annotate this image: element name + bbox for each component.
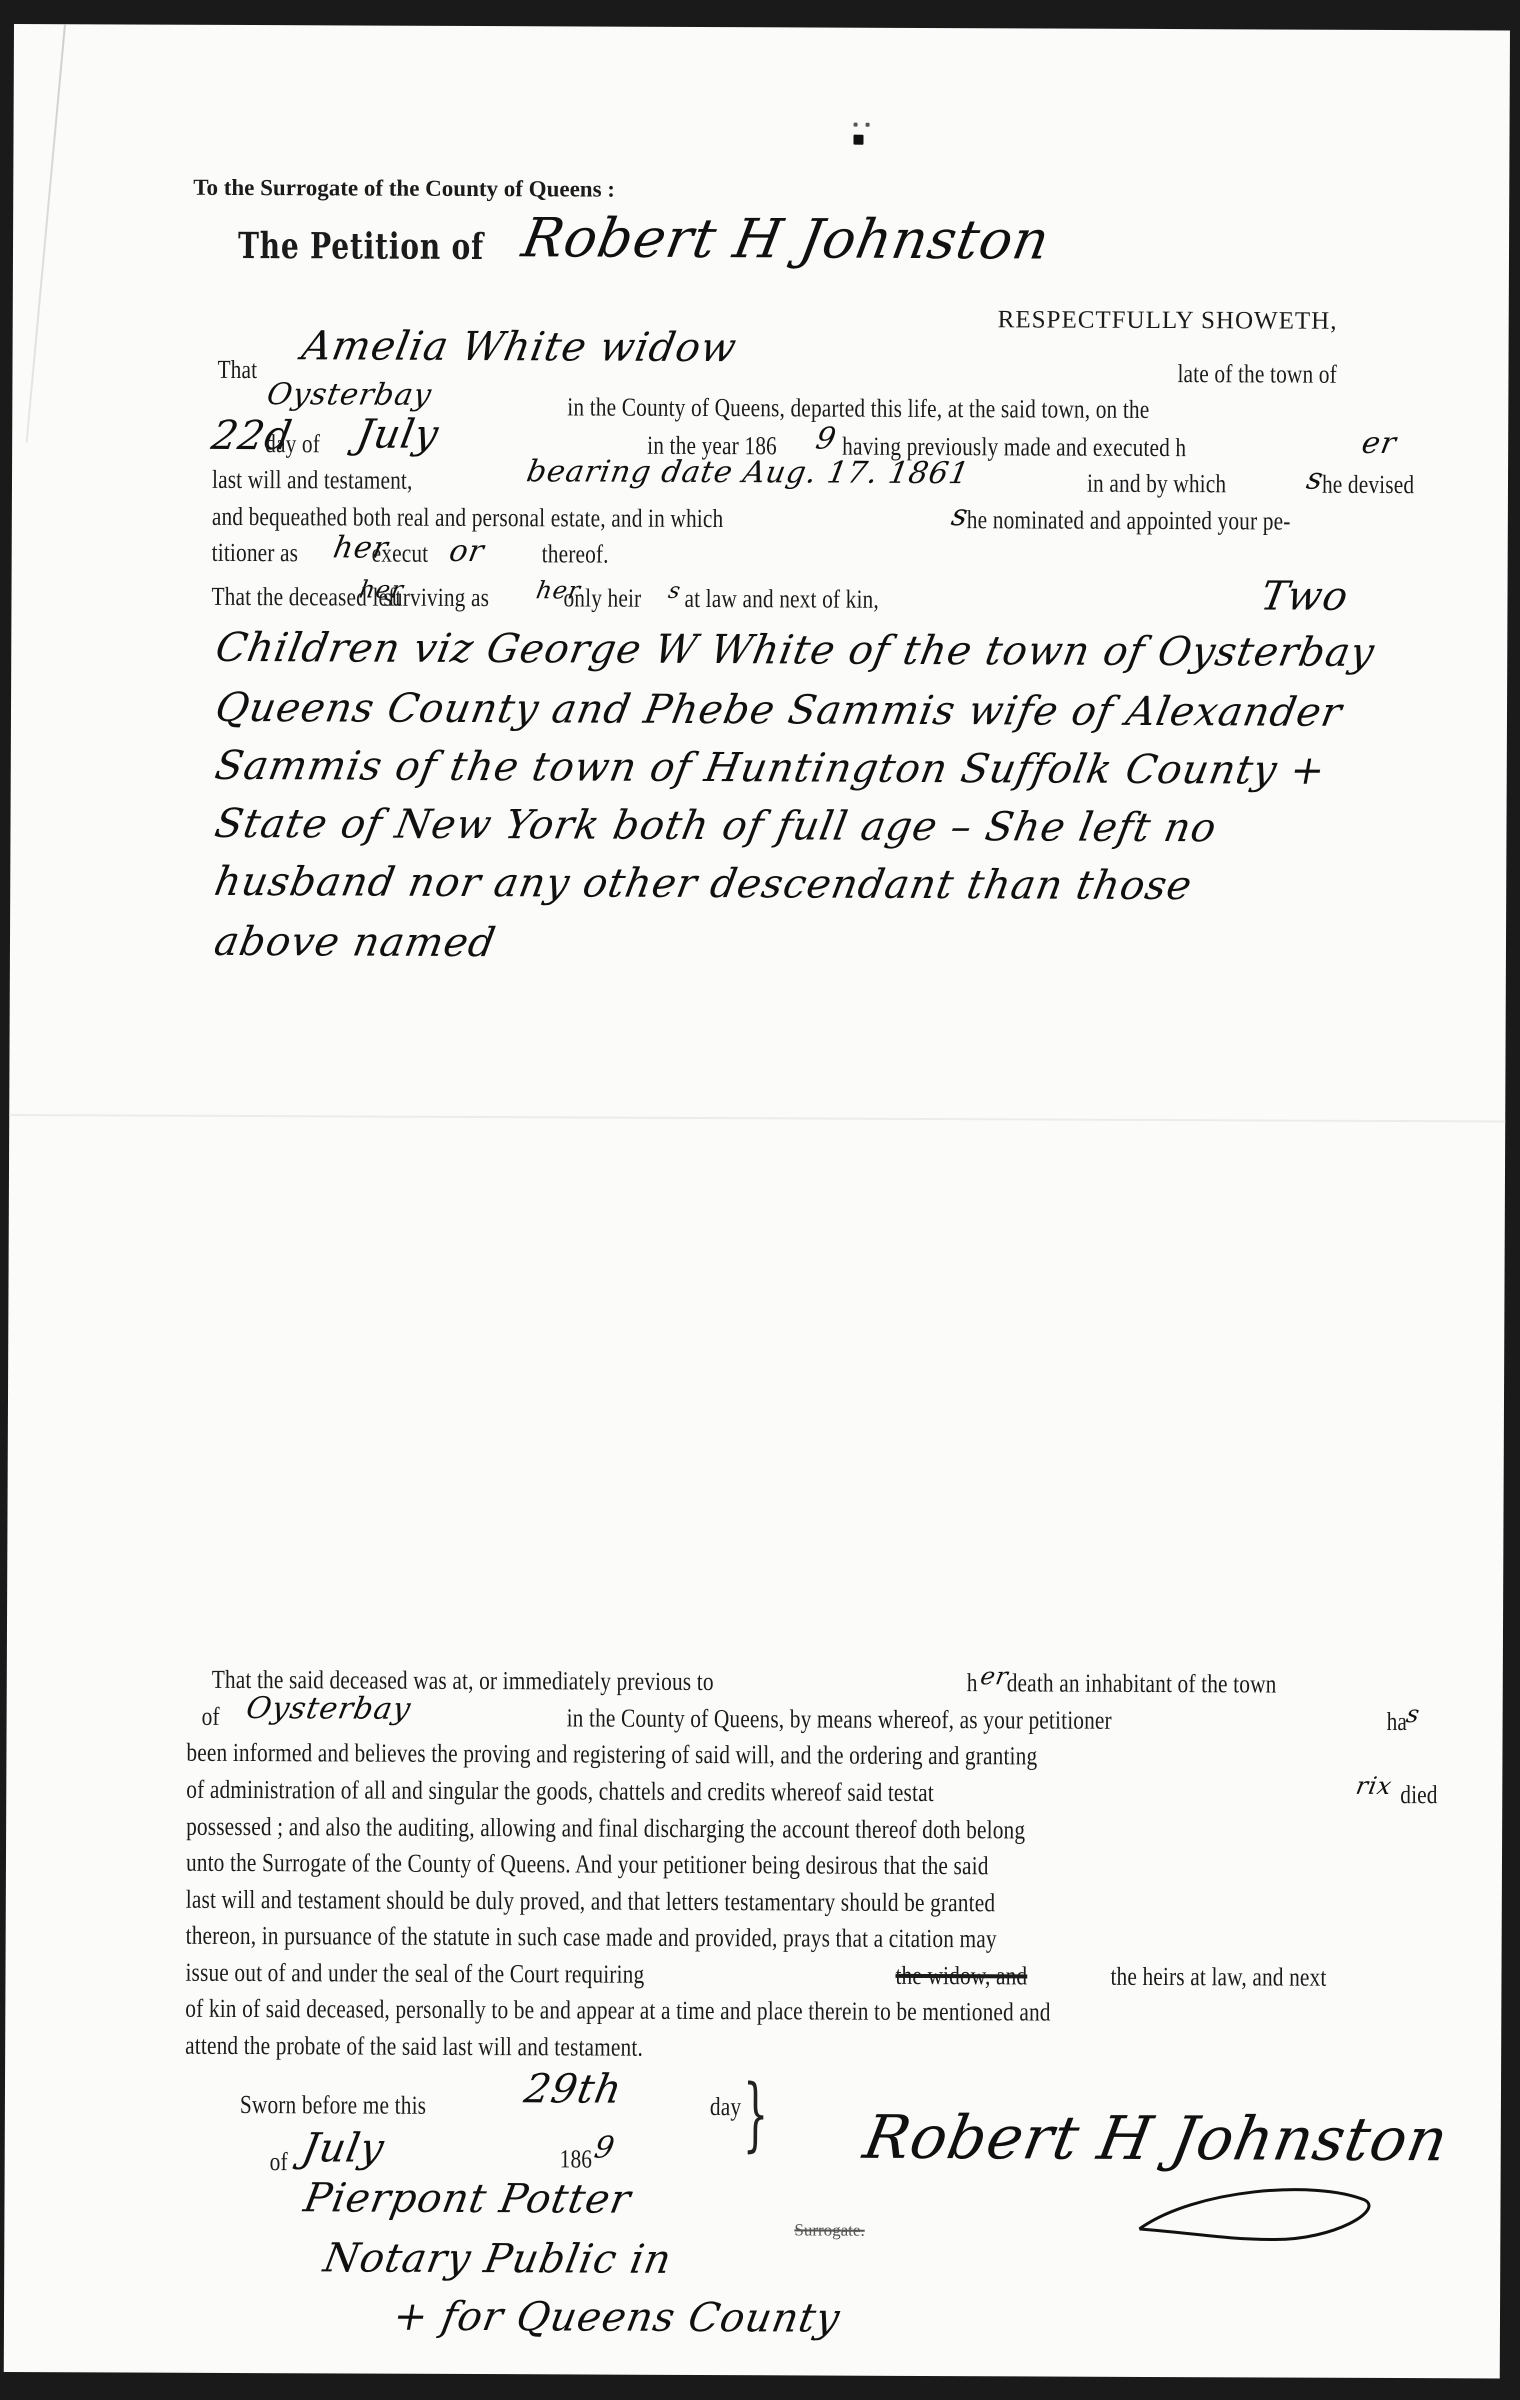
printed-text: of [270, 2147, 288, 2177]
petitioner-name: Robert H Johnston [517, 206, 1054, 271]
printed-text: last will and testament, [212, 465, 413, 496]
printed-text: in the County of Queens, departed this l… [567, 392, 1149, 425]
sworn-day: 29th [521, 2066, 626, 2112]
printed-text: of kin of said deceased, personally to b… [185, 1994, 1050, 2028]
printed-text: execut [372, 539, 429, 569]
official-jurisdiction: + for Queens County [390, 2294, 844, 2342]
pronoun-suffix: er [1359, 426, 1399, 461]
printed-text: he nominated and appointed your pe- [967, 505, 1291, 536]
petition-of-label: The Petition of [238, 225, 484, 268]
sworn-month: July [299, 2125, 388, 2171]
printed-text: attend the probate of the said last will… [185, 2031, 643, 2063]
printed-text: issue out of and under the seal of the C… [185, 1958, 644, 1990]
heirs-text: husband nor any other descendant than th… [211, 859, 1196, 909]
page-crease [9, 1114, 1505, 1123]
will-date: bearing date Aug. 17. 1861 [524, 454, 972, 491]
printed-text: That [217, 355, 257, 385]
printed-text: in and by which [1087, 469, 1226, 500]
printed-text: titioner as [212, 538, 299, 568]
heirs-text: Two [1257, 573, 1352, 619]
printed-text: been informed and believes the proving a… [186, 1738, 1037, 1772]
respectfully-showeth: RESPECTFULLY SHOWETH, [998, 306, 1338, 335]
printed-text: died [1400, 1780, 1438, 1810]
sworn-year-digit: 9 [592, 2131, 618, 2166]
heirs-text: Children viz George W White of the town … [212, 625, 1378, 676]
deceased-name: Amelia White widow [298, 323, 740, 371]
jurat-section: Sworn before me this 29th day of July 18… [14, 24, 1510, 31]
sworn-label: Sworn before me this [240, 2090, 426, 2121]
struck-text: the widow, and [895, 1961, 1027, 1992]
printed-text: thereon, in pursuance of the statute in … [186, 1921, 997, 1955]
heirs-text: Queens County and Phebe Sammis wife of A… [212, 685, 1346, 736]
bracket-brace: } [743, 2067, 769, 2160]
addressee: To the Surrogate of the County of Queens… [193, 175, 615, 203]
paragraph-deceased-info: That Amelia White widow late of the town… [14, 24, 1510, 31]
verb-suffix: s [1404, 1700, 1422, 1728]
printed-text: in the County of Queens, by means whereo… [567, 1703, 1112, 1735]
paragraph-jurisdiction: That the said deceased was at, or immedi… [14, 24, 1510, 31]
printed-text: of administration of all and singular th… [186, 1775, 934, 1808]
town-name: Oysterbay [243, 1691, 413, 1727]
printed-text: and bequeathed both real and personal es… [212, 502, 724, 534]
printed-text: last will and testament should be duly p… [186, 1885, 996, 1919]
death-month: July [353, 412, 442, 458]
printed-text: at law and next of kin, [684, 584, 879, 615]
struck-title: Surrogate. [794, 2220, 864, 2240]
printed-text: 186 [560, 2144, 593, 2174]
official-name: Pierpont Potter [300, 2175, 634, 2222]
printed-text: possessed ; and also the auditing, allow… [186, 1812, 1025, 1846]
printed-text: death an inhabitant of the town [1007, 1668, 1277, 1699]
printed-text: thereof. [542, 539, 609, 569]
heirs-text: State of New York both of full age – She… [211, 801, 1220, 851]
document-page: To the Surrogate of the County of Queens… [4, 24, 1510, 2379]
death-year-digit: 9 [813, 422, 839, 457]
town-name: Oysterbay [264, 377, 434, 413]
printed-text: day of [265, 429, 320, 459]
printed-text: h [967, 1668, 978, 1698]
signature-flourish [1134, 2179, 1374, 2250]
petitioner-signature: Robert H Johnston [858, 2103, 1453, 2175]
printed-text: day [710, 2092, 741, 2122]
fold-line [26, 24, 66, 442]
printed-text: late of the town of [1177, 359, 1337, 390]
plural-suffix: s [666, 579, 683, 604]
printed-text: he devised [1322, 470, 1414, 500]
official-title: Notary Public in [320, 2235, 675, 2282]
ink-smudge [854, 114, 880, 124]
printed-text: only heir [563, 583, 641, 613]
printed-text: of [202, 1702, 220, 1732]
executor-suffix: or [447, 534, 488, 569]
paragraph-heirs: That the deceased left her surviving as … [14, 24, 1510, 31]
printed-text: surviving as [383, 583, 489, 613]
heirs-text: above named [211, 919, 500, 966]
testatrix-suffix: rix [1354, 1772, 1395, 1800]
heirs-text: Sammis of the town of Huntington Suffolk… [212, 743, 1330, 794]
printed-text: the heirs at law, and next [1110, 1962, 1326, 1993]
printed-text: unto the Surrogate of the County of Quee… [186, 1848, 989, 1882]
